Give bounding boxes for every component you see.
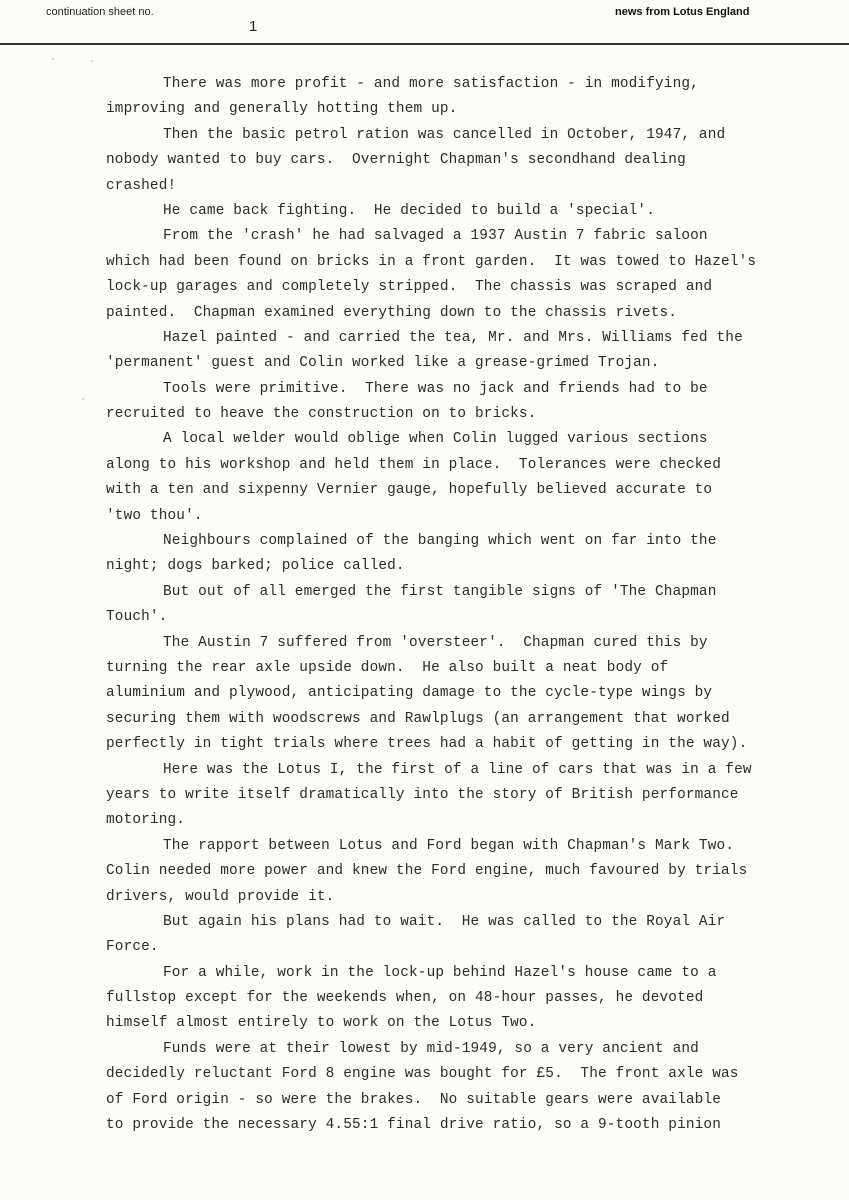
typed-body-text: There was more profit - and more satisfa…: [106, 72, 806, 1138]
text-line: But again his plans had to wait. He was …: [106, 910, 806, 935]
text-line: along to his workshop and held them in p…: [106, 453, 806, 478]
text-line: improving and generally hotting them up.: [106, 97, 806, 122]
text-line: Tools were primitive. There was no jack …: [106, 377, 806, 402]
paper-speck: [91, 60, 93, 62]
text-line: of Ford origin - so were the brakes. No …: [106, 1088, 806, 1113]
text-line: He came back fighting. He decided to bui…: [106, 199, 806, 224]
text-line: crashed!: [106, 174, 806, 199]
text-line: Then the basic petrol ration was cancell…: [106, 123, 806, 148]
text-line: Force.: [106, 935, 806, 960]
text-line: night; dogs barked; police called.: [106, 554, 806, 579]
text-line: motoring.: [106, 808, 806, 833]
header-divider: [0, 43, 849, 45]
text-line: The rapport between Lotus and Ford began…: [106, 834, 806, 859]
text-line: Colin needed more power and knew the For…: [106, 859, 806, 884]
text-line: From the 'crash' he had salvaged a 1937 …: [106, 224, 806, 249]
continuation-sheet-label: continuation sheet no.: [46, 6, 154, 18]
text-line: nobody wanted to buy cars. Overnight Cha…: [106, 148, 806, 173]
text-line: Touch'.: [106, 605, 806, 630]
text-line: fullstop except for the weekends when, o…: [106, 986, 806, 1011]
text-line: For a while, work in the lock-up behind …: [106, 961, 806, 986]
text-line: lock-up garages and completely stripped.…: [106, 275, 806, 300]
text-line: The Austin 7 suffered from 'oversteer'. …: [106, 631, 806, 656]
text-line: drivers, would provide it.: [106, 885, 806, 910]
text-line: Here was the Lotus I, the first of a lin…: [106, 758, 806, 783]
text-line: turning the rear axle upside down. He al…: [106, 656, 806, 681]
text-line: securing them with woodscrews and Rawlpl…: [106, 707, 806, 732]
text-line: decidedly reluctant Ford 8 engine was bo…: [106, 1062, 806, 1087]
text-line: recruited to heave the construction on t…: [106, 402, 806, 427]
text-line: with a ten and sixpenny Vernier gauge, h…: [106, 478, 806, 503]
text-line: aluminium and plywood, anticipating dama…: [106, 681, 806, 706]
text-line: years to write itself dramatically into …: [106, 783, 806, 808]
text-line: There was more profit - and more satisfa…: [106, 72, 806, 97]
text-line: which had been found on bricks in a fron…: [106, 250, 806, 275]
text-line: Funds were at their lowest by mid-1949, …: [106, 1037, 806, 1062]
text-line: painted. Chapman examined everything dow…: [106, 301, 806, 326]
sheet-number: 1: [249, 18, 257, 35]
text-line: 'permanent' guest and Colin worked like …: [106, 351, 806, 376]
text-line: Neighbours complained of the banging whi…: [106, 529, 806, 554]
text-line: perfectly in tight trials where trees ha…: [106, 732, 806, 757]
paper-speck: [82, 398, 84, 400]
letterhead-source: news from Lotus England: [615, 6, 749, 18]
text-line: But out of all emerged the first tangibl…: [106, 580, 806, 605]
text-line: Hazel painted - and carried the tea, Mr.…: [106, 326, 806, 351]
text-line: 'two thou'.: [106, 504, 806, 529]
text-line: A local welder would oblige when Colin l…: [106, 427, 806, 452]
paper-speck: [52, 58, 54, 60]
text-line: himself almost entirely to work on the L…: [106, 1011, 806, 1036]
text-line: to provide the necessary 4.55:1 final dr…: [106, 1113, 806, 1138]
